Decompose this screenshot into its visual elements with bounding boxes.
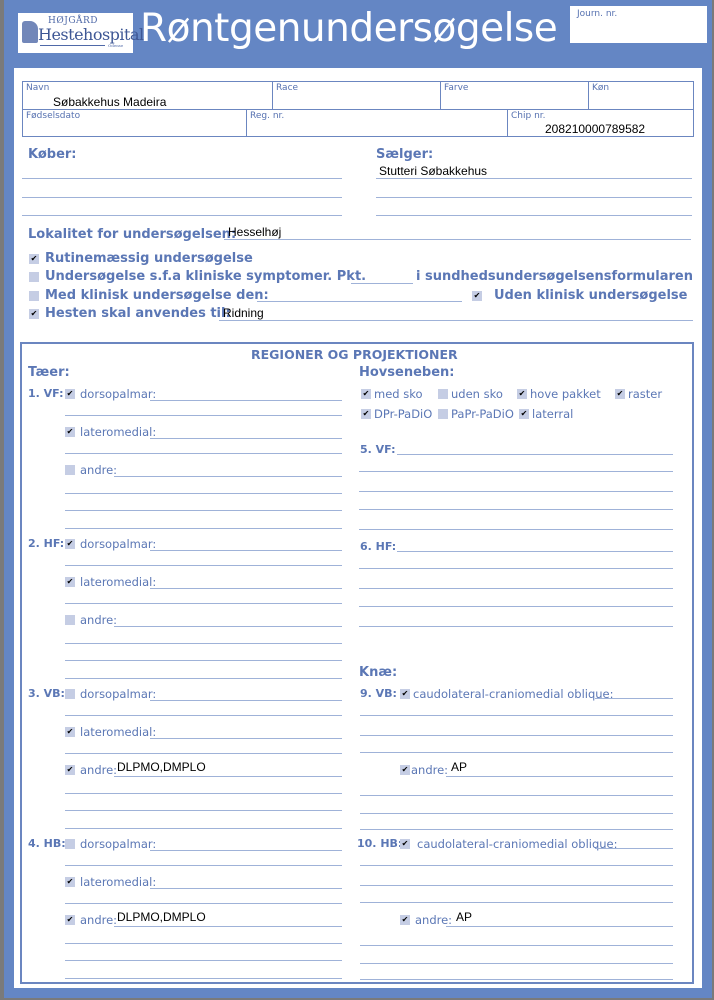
navicular-line-2[interactable] [359,471,673,472]
lateromedial-checkbox[interactable]: ✔ [65,877,75,887]
checkmark-icon: ✔ [474,291,481,300]
use-label: Hesten skal anvendes til: [45,306,231,321]
buyer-line-3[interactable] [22,215,342,216]
andre-line[interactable] [114,776,342,777]
checkmark-icon: ✔ [31,309,38,318]
andre-line-4[interactable] [65,678,342,679]
seller-value: Stutteri Søbakkehus [379,164,487,178]
buyer-label: Køber: [28,147,77,162]
checkmark-icon: ✔ [67,539,74,548]
journal-number-label: Journ. nr. [577,9,617,19]
dorsopalmar-line-2[interactable] [65,715,342,716]
seller-line-2[interactable] [376,197,692,198]
knee-heading: Knæ: [359,665,397,680]
dorsopalmar-checkbox[interactable] [65,839,75,849]
knee-andre-line-3[interactable] [360,963,673,964]
dorsopalmar-line[interactable] [150,400,342,401]
andre-value: DLPMO,DMPLO [117,910,206,924]
toes-heading: Tæer: [28,365,70,380]
logo-main-text: Hestehospital [38,25,144,44]
use-value: Ridning [223,306,264,320]
checkmark-icon: ✔ [67,389,74,398]
dorsopalmar-checkbox[interactable]: ✔ [65,539,75,549]
navicular-line-5[interactable] [359,529,673,530]
routine-checkbox[interactable]: ✔ [29,254,39,264]
navicular-option-checkbox[interactable]: ✔ [361,409,371,419]
regions-title: REGIONER OG PROJEKTIONER [251,347,458,362]
navicular-heading: Hovseneben: [359,365,455,380]
horse-logo-icon [22,21,38,43]
navicular-option-checkbox[interactable]: ✔ [519,409,529,419]
checkmark-icon: ✔ [402,915,409,924]
clinical-symptoms-point-field[interactable] [351,283,413,284]
andre-label: andre: [80,613,117,627]
navicular-option-checkbox[interactable]: ✔ [361,389,371,399]
race-label: Race [276,83,298,93]
without-clinical-checkbox[interactable]: ✔ [472,291,482,301]
lateromedial-line-2[interactable] [65,903,342,904]
dorsopalmar-line[interactable] [150,550,342,551]
checkmark-icon: ✔ [67,427,74,436]
oblique-line-2[interactable] [360,715,673,716]
andre-line-4[interactable] [65,978,342,979]
sex-label: Køn [592,83,609,93]
knee-andre-label: andre: [415,913,452,927]
navicular-option-label: med sko [374,387,423,401]
navicular-line[interactable] [397,454,673,455]
andre-label: andre: [80,463,117,477]
hospital-logo: HØJGÅRD Hestehospital Odense [18,13,133,53]
checkmark-icon: ✔ [402,765,409,774]
andre-line-2[interactable] [65,793,342,794]
sex-field[interactable]: Køn [589,82,693,110]
lateromedial-line-2[interactable] [65,603,342,604]
knee-andre-checkbox[interactable]: ✔ [400,765,410,775]
chip-value: 208210000789582 [545,122,645,136]
andre-line-4[interactable] [65,828,342,829]
navicular-line-3[interactable] [359,491,673,492]
buyer-line-2[interactable] [22,197,342,198]
checkmark-icon: ✔ [363,389,370,398]
lateromedial-checkbox[interactable]: ✔ [65,427,75,437]
navicular-line-4[interactable] [359,606,673,607]
lateromedial-line-2[interactable] [65,753,342,754]
lateromedial-line[interactable] [150,738,342,739]
lateromedial-line[interactable] [150,888,342,889]
lateromedial-label: lateromedial: [80,725,156,739]
buyer-line-1[interactable] [22,178,342,179]
logo-rule [40,45,105,46]
checkmark-icon: ✔ [617,389,624,398]
color-label: Farve [444,83,468,93]
navicular-line-2[interactable] [359,568,673,569]
lateromedial-label: lateromedial: [80,875,156,889]
reg-label: Reg. nr. [250,111,284,121]
dorsopalmar-checkbox[interactable] [65,689,75,699]
dorsopalmar-line-2[interactable] [65,415,342,416]
knee-andre-line-4[interactable] [360,979,673,980]
navicular-option-checkbox[interactable]: ✔ [517,389,527,399]
andre-checkbox[interactable] [65,465,75,475]
oblique-line[interactable] [595,848,673,849]
navicular-option-label: raster [628,387,662,401]
oblique-line-3[interactable] [360,735,673,736]
seller-line-3[interactable] [376,215,692,216]
oblique-checkbox[interactable]: ✔ [400,839,410,849]
reg-field[interactable]: Reg. nr. [247,110,508,136]
location-line[interactable] [224,239,691,240]
knee-region-label: 9. VB: [360,687,397,700]
oblique-line-4[interactable] [360,752,673,753]
andre-checkbox[interactable]: ✔ [65,765,75,775]
oblique-line-4[interactable] [360,902,673,903]
routine-label: Rutinemæssig undersøgelse [45,251,253,266]
andre-line-4[interactable] [65,528,342,529]
navicular-line-4[interactable] [359,509,673,510]
dob-label: Fødselsdato [26,111,80,121]
checkmark-icon: ✔ [67,727,74,736]
dorsopalmar-line-2[interactable] [65,865,342,866]
checkmark-icon: ✔ [67,765,74,774]
lateromedial-line[interactable] [150,588,342,589]
dorsopalmar-label: dorsopalmar: [80,687,156,701]
navicular-option-label: hove pakket [530,387,601,401]
oblique-checkbox[interactable]: ✔ [400,689,410,699]
andre-checkbox[interactable] [65,615,75,625]
andre-label: andre: [80,763,117,777]
journal-number-field[interactable]: Journ. nr. [570,6,707,43]
location-value: Hesselhøj [228,225,281,239]
color-field[interactable]: Farve [441,82,589,110]
andre-line-2[interactable] [65,493,342,494]
navicular-region-label: 5. VF: [360,443,396,456]
checkmark-icon: ✔ [402,689,409,698]
navicular-option-checkbox[interactable]: ✔ [615,389,625,399]
clinical-symptoms-suffix: i sundhedsundersøgelsensformularen [416,269,693,284]
dorsopalmar-label: dorsopalmar: [80,537,156,551]
clinical-symptoms-checkbox[interactable] [29,272,39,282]
navicular-option-checkbox[interactable] [438,389,448,399]
lateromedial-checkbox[interactable]: ✔ [65,727,75,737]
chip-label: Chip nr. [511,111,546,121]
lateromedial-checkbox[interactable]: ✔ [65,577,75,587]
dorsopalmar-label: dorsopalmar: [80,387,156,401]
andre-label: andre: [80,913,117,927]
seller-line-1[interactable] [376,178,692,179]
name-field[interactable]: Navn Søbakkehus Madeira [23,82,273,110]
knee-andre-value: AP [456,910,472,924]
dorsopalmar-line-2[interactable] [65,565,342,566]
andre-value: DLPMO,DMPLO [117,760,206,774]
toe-region-label: 4. HB: [28,837,66,850]
dorsopalmar-line[interactable] [150,850,342,851]
checkmark-icon: ✔ [519,389,526,398]
andre-line-3[interactable] [65,810,342,811]
checkmark-icon: ✔ [31,254,38,263]
checkmark-icon: ✔ [67,877,74,886]
with-clinical-label: Med klinisk undersøgelse den: [45,288,269,303]
oblique-label: caudolateral-craniomedial oblique: [413,687,614,701]
knee-region-label: 10. HB: [357,837,402,850]
without-clinical-label: Uden klinisk undersøgelse [494,288,687,303]
location-label: Lokalitet for undersøgelsen: [28,227,236,242]
knee-andre-value: AP [451,760,467,774]
navicular-option-label: PaPr-PaDiO [451,407,514,421]
andre-line-3[interactable] [65,960,342,961]
andre-line-3[interactable] [65,510,342,511]
toe-region-label: 3. VB: [28,687,65,700]
lateromedial-label: lateromedial: [80,575,156,589]
knee-andre-checkbox[interactable]: ✔ [400,915,410,925]
seller-label: Sælger: [376,147,433,162]
navicular-option-label: uden sko [451,387,503,401]
checkmark-icon: ✔ [67,577,74,586]
oblique-line-3[interactable] [360,885,673,886]
logo-sub-text: Odense [108,43,123,48]
horse-id-table: Navn Søbakkehus Madeira Race Farve Køn F… [22,81,694,137]
knee-andre-line-3[interactable] [360,813,673,814]
andre-line-2[interactable] [65,943,342,944]
oblique-line[interactable] [595,698,673,699]
navicular-line[interactable] [397,551,673,552]
knee-andre-label: andre: [411,763,448,777]
andre-line[interactable] [114,926,342,927]
andre-line-2[interactable] [65,643,342,644]
lateromedial-line[interactable] [150,438,342,439]
oblique-line-2[interactable] [360,865,673,866]
name-value: Søbakkehus Madeira [53,95,166,109]
toe-region-label: 2. HF: [28,537,64,550]
use-line[interactable] [219,320,693,321]
race-field[interactable]: Race [273,82,441,110]
toe-region-label: 1. VF: [28,387,64,400]
with-clinical-checkbox[interactable] [29,291,39,301]
knee-andre-line[interactable] [446,926,673,927]
dorsopalmar-checkbox[interactable]: ✔ [65,389,75,399]
knee-andre-line-2[interactable] [360,795,673,796]
knee-andre-line-4[interactable] [360,829,673,830]
use-checkbox[interactable]: ✔ [29,309,39,319]
andre-checkbox[interactable]: ✔ [65,915,75,925]
checkmark-icon: ✔ [521,409,528,418]
navicular-option-label: DPr-PaDiO [374,407,432,421]
knee-andre-line[interactable] [446,776,673,777]
name-label: Navn [26,83,49,93]
navicular-option-label: laterral [532,407,573,421]
checkmark-icon: ✔ [363,409,370,418]
dorsopalmar-line[interactable] [150,700,342,701]
clinical-symptoms-label: Undersøgelse s.f.a kliniske symptomer. P… [45,269,366,284]
page-title: Røntgenundersøgelse [140,6,557,51]
andre-line-3[interactable] [65,660,342,661]
lateromedial-label: lateromedial: [80,425,156,439]
oblique-label: caudolateral-craniomedial oblique: [417,837,618,851]
with-clinical-date-field[interactable] [257,301,462,302]
dorsopalmar-label: dorsopalmar: [80,837,156,851]
navicular-line-5[interactable] [359,626,673,627]
lateromedial-line-2[interactable] [65,453,342,454]
checkmark-icon: ✔ [67,915,74,924]
knee-andre-line-2[interactable] [360,945,673,946]
navicular-option-checkbox[interactable] [438,409,448,419]
chip-field[interactable]: Chip nr. 208210000789582 [508,110,693,136]
navicular-line-3[interactable] [359,588,673,589]
navicular-region-label: 6. HF: [360,540,396,553]
andre-line[interactable] [114,626,342,627]
andre-line[interactable] [114,476,342,477]
dob-field[interactable]: Fødselsdato [23,110,247,136]
checkmark-icon: ✔ [402,839,409,848]
